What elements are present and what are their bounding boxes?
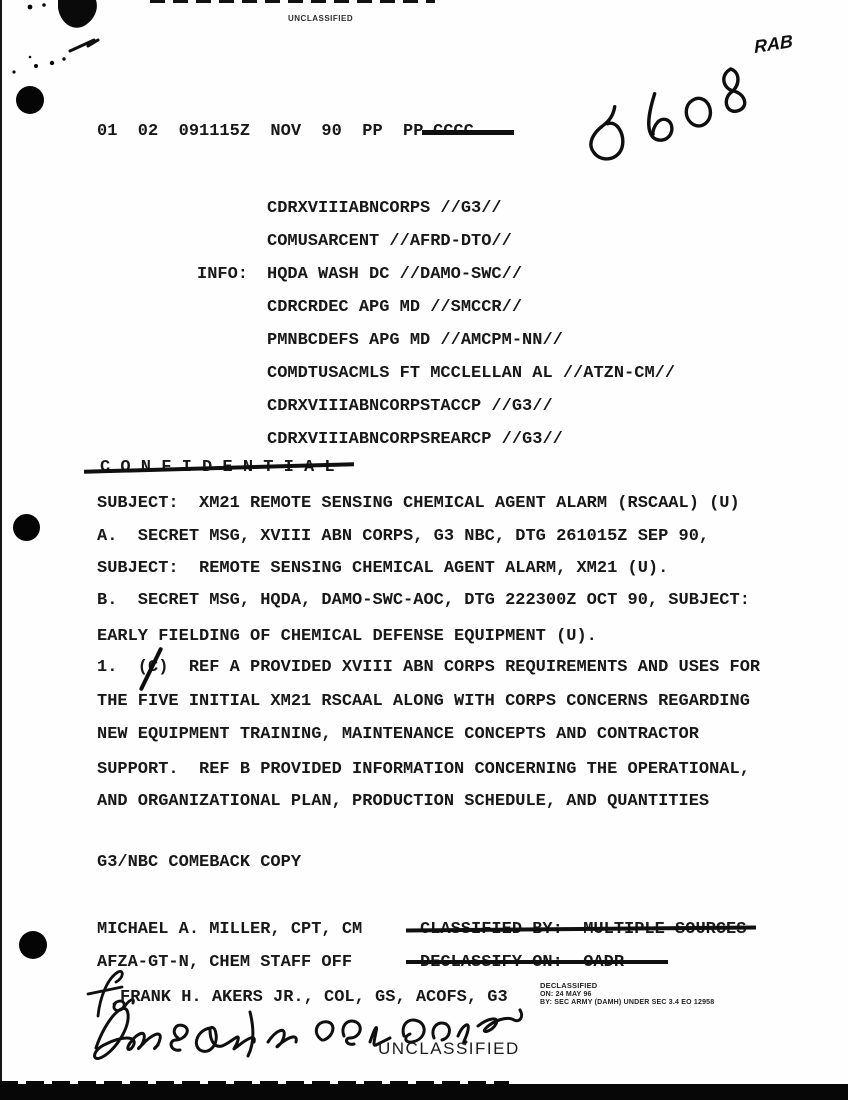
body-line: NEW EQUIPMENT TRAINING, MAINTENANCE CONC… [97, 725, 699, 745]
recipient-line: CDRXVIIIABNCORPSREARCP //G3// [267, 430, 563, 450]
strikethrough-precedence [422, 130, 514, 135]
scan-left-edge [0, 0, 2, 1086]
body-line: AND ORGANIZATIONAL PLAN, PRODUCTION SCHE… [97, 792, 709, 812]
stamp-line-2: ON: 24 MAY 96 [540, 991, 770, 1000]
signer1-name: MICHAEL A. MILLER, CPT, CM [97, 920, 362, 940]
handwritten-number [570, 60, 770, 170]
hole-punch-middle [13, 514, 40, 541]
message-header-line: 01 02 091115Z NOV 90 PP PP [97, 122, 423, 142]
recipient-line: COMDTUSACMLS FT MCCLELLAN AL //ATZN-CM// [267, 364, 675, 384]
stamp-line-1: DECLASSIFIED [540, 982, 770, 991]
body-line: B. SECRET MSG, HQDA, DAMO-SWC-AOC, DTG 2… [97, 591, 750, 611]
bottom-classification-label: UNCLASSIFIED [378, 1039, 520, 1059]
ink-blob-marks [0, 0, 110, 80]
strikethrough-declassify-on [406, 960, 668, 964]
body-line: EARLY FIELDING OF CHEMICAL DEFENSE EQUIP… [97, 627, 597, 647]
recipient-line: CDRCRDEC APG MD //SMCCR// [267, 298, 522, 318]
comeback-copy-note: G3/NBC COMEBACK COPY [97, 853, 301, 873]
hole-punch-top [16, 86, 44, 114]
handwritten-initials: RAB [754, 31, 794, 58]
scan-bottom-edge [0, 1084, 848, 1100]
body-line: SUPPORT. REF B PROVIDED INFORMATION CONC… [97, 760, 750, 780]
info-label: INFO: [197, 265, 248, 285]
declassification-stamp: DECLASSIFIED ON: 24 MAY 96 BY: SEC ARMY … [540, 982, 770, 1008]
body-line: 1. (C) REF A PROVIDED XVIII ABN CORPS RE… [97, 658, 760, 678]
body-line: SUBJECT: XM21 REMOTE SENSING CHEMICAL AG… [97, 494, 740, 514]
stamp-line-3: BY: SEC ARMY (DAMH) UNDER SEC 3.4 EO 129… [540, 999, 770, 1008]
body-line: THE FIVE INITIAL XM21 RSCAAL ALONG WITH … [97, 692, 750, 712]
recipient-line: CDRXVIIIABNCORPSTACCP //G3// [267, 397, 553, 417]
hole-punch-bottom [19, 931, 47, 959]
recipient-line: PMNBCDEFS APG MD //AMCPM-NN// [267, 331, 563, 351]
recipient-line: COMUSARCENT //AFRD-DTO// [267, 232, 512, 252]
recipient-line: CDRXVIIIABNCORPS //G3// [267, 199, 502, 219]
body-line: A. SECRET MSG, XVIII ABN CORPS, G3 NBC, … [97, 527, 709, 547]
body-line: SUBJECT: REMOTE SENSING CHEMICAL AGENT A… [97, 559, 668, 579]
scan-top-dashed-edge [150, 0, 435, 3]
top-classification-label: UNCLASSIFIED [288, 14, 353, 23]
signer1-office: AFZA-GT-N, CHEM STAFF OFF [97, 953, 352, 973]
scanned-document-page: UNCLASSIFIED RAB 01 02 091115Z NOV 90 PP… [0, 0, 848, 1100]
recipient-line: HQDA WASH DC //DAMO-SWC// [267, 265, 522, 285]
